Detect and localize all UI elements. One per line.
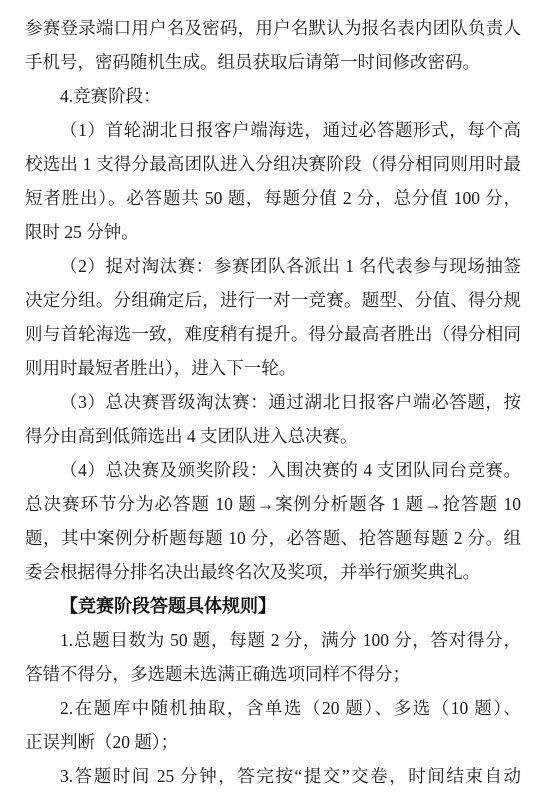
text-line: 3.答题时间 25 分钟，答完按“提交”交卷，时间结束自动 — [25, 759, 521, 793]
text-line: 校选出 1 支得分最高团队进入分组决赛阶段（得分相同则用时最 — [25, 147, 521, 181]
text-line: 则用时最短者胜出），进入下一轮。 — [25, 351, 521, 385]
text-line: 手机号，密码随机生成。组员获取后请第一时间修改密码。 — [25, 45, 521, 79]
text-line: 决定分组。分组确定后，进行一对一竞赛。题型、分值、得分规 — [25, 283, 521, 317]
text-line: （4）总决赛及颁奖阶段：入围决赛的 4 支团队同台竞赛。 — [25, 453, 521, 487]
text-line: 正误判断（20 题）； — [25, 725, 521, 759]
text-line: 得分由高到低筛选出 4 支团队进入总决赛。 — [25, 419, 521, 453]
text-line: 总决赛环节分为必答题 10 题→案例分析题各 1 题→抢答题 10 — [25, 487, 521, 521]
text-line: （1）首轮湖北日报客户端海选，通过必答题形式，每个高 — [25, 113, 521, 147]
text-line: 1.总题目数为 50 题，每题 2 分，满分 100 分，答对得分， — [25, 623, 521, 657]
text-line: 委会根据得分排名决出最终名次及奖项，并举行颁奖典礼。 — [25, 555, 521, 589]
para-competition-stages-label: 4.竞赛阶段： — [25, 79, 521, 113]
section-heading: 【竞赛阶段答题具体规则】 — [25, 589, 521, 623]
document-page: 参赛登录端口用户名及密码，用户名默认为报名表内团队负责人 手机号，密码随机生成。… — [0, 0, 545, 804]
heading-answer-rules: 【竞赛阶段答题具体规则】 — [25, 589, 521, 623]
text-line: 4.竞赛阶段： — [25, 79, 521, 113]
para-stage-1-preliminary: （1）首轮湖北日报客户端海选，通过必答题形式，每个高 校选出 1 支得分最高团队… — [25, 113, 521, 249]
para-rule-2-question-types: 2.在题库中随机抽取，含单选（20 题）、多选（10 题）、 正误判断（20 题… — [25, 691, 521, 759]
para-rule-1-scoring: 1.总题目数为 50 题，每题 2 分，满分 100 分，答对得分， 答错不得分… — [25, 623, 521, 691]
para-stage-3-semifinal: （3）总决赛晋级淘汰赛：通过湖北日报客户端必答题，按 得分由高到低筛选出 4 支… — [25, 385, 521, 453]
text-line: 答错不得分，多选题未选满正确选项同样不得分； — [25, 657, 521, 691]
text-line: 参赛登录端口用户名及密码，用户名默认为报名表内团队负责人 — [25, 11, 521, 45]
para-stage-2-knockout: （2）捉对淘汰赛：参赛团队各派出 1 名代表参与现场抽签 决定分组。分组确定后，… — [25, 249, 521, 385]
para-stage-4-final-awards: （4）总决赛及颁奖阶段：入围决赛的 4 支团队同台竞赛。 总决赛环节分为必答题 … — [25, 453, 521, 589]
text-line: 2.在题库中随机抽取，含单选（20 题）、多选（10 题）、 — [25, 691, 521, 725]
text-line: （2）捉对淘汰赛：参赛团队各派出 1 名代表参与现场抽签 — [25, 249, 521, 283]
para-rule-3-time-limit: 3.答题时间 25 分钟，答完按“提交”交卷，时间结束自动 — [25, 759, 521, 793]
text-line: （3）总决赛晋级淘汰赛：通过湖北日报客户端必答题，按 — [25, 385, 521, 419]
text-line: 题，其中案例分析题每题 10 分，必答题、抢答题每题 2 分。组 — [25, 521, 521, 555]
text-line: 则与首轮海选一致，难度稍有提升。得分最高者胜出（得分相同 — [25, 317, 521, 351]
text-line: 短者胜出）。必答题共 50 题，每题分值 2 分，总分值 100 分， — [25, 181, 521, 215]
para-login-credentials: 参赛登录端口用户名及密码，用户名默认为报名表内团队负责人 手机号，密码随机生成。… — [25, 11, 521, 79]
text-line: 限时 25 分钟。 — [25, 215, 521, 249]
